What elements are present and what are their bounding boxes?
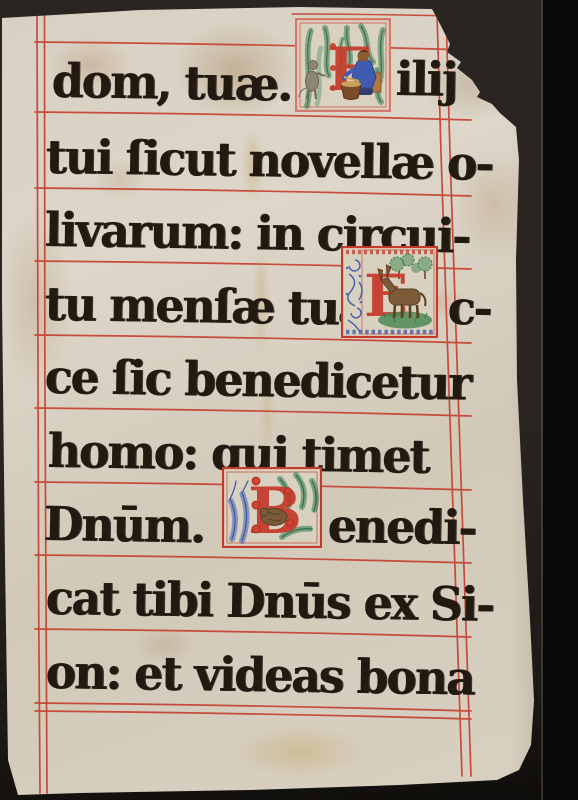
photo-backdrop: dom, tuæ. ilij tui ſicut novellæ o- liva…	[0, 0, 578, 800]
text-line-8: cat tibi Dnūs ex Si-	[45, 571, 493, 633]
text-line-7-before: Dnūm.	[43, 497, 204, 555]
text-line-9: on: et videas bona	[45, 645, 474, 707]
animal-figure	[260, 508, 287, 526]
text-line-4-after: c-	[447, 281, 491, 337]
text-line-7-after: enedi-	[327, 499, 475, 556]
text-line-2: tui ſicut novellæ o-	[45, 130, 493, 192]
illuminated-initial-e: E	[341, 246, 438, 338]
text-line-1-before: dom, tuæ.	[51, 54, 291, 113]
text-line-5: ce ſic benedicetur	[44, 350, 470, 412]
illuminated-initial-b: B	[222, 467, 322, 548]
mortar-pot	[341, 81, 361, 100]
text-line-1-after: ilij	[395, 52, 457, 108]
illuminated-initial-f: F	[295, 18, 391, 112]
manuscript-page: dom, tuæ. ilij tui ſicut novellæ o- liva…	[0, 0, 578, 800]
green-ground	[378, 312, 432, 329]
